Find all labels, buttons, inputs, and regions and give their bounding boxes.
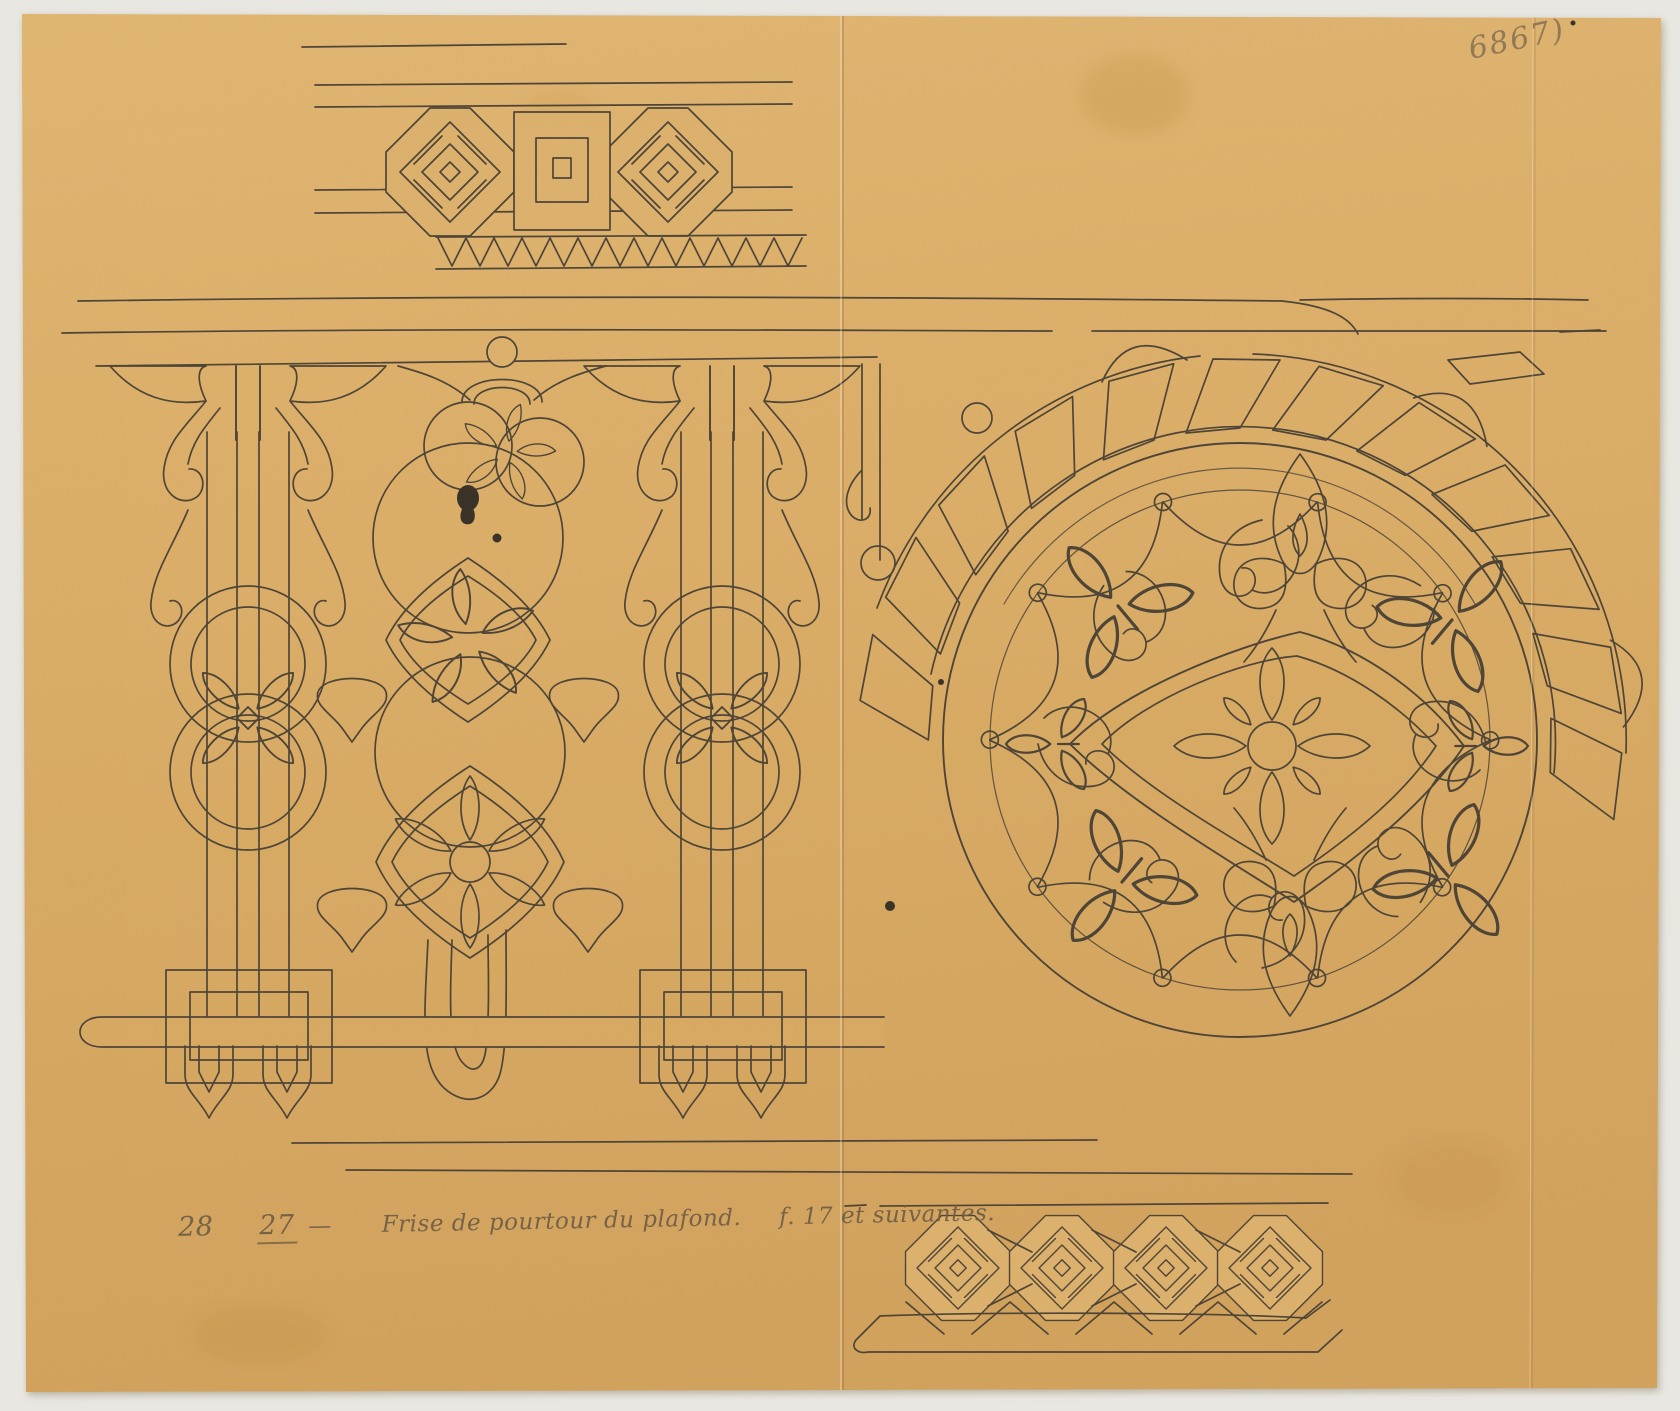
caption-dash: — (308, 1213, 332, 1239)
figure-number: 27 (257, 1210, 297, 1245)
scan-background: 28 27 — Frise de pourtour du plafond. f.… (0, 0, 1680, 1411)
sheet-number: 28 (178, 1211, 214, 1243)
folio-note: f. 17 et suivantes. (779, 1200, 995, 1230)
caption-text: Frise de pourtour du plafond. (381, 1205, 741, 1238)
